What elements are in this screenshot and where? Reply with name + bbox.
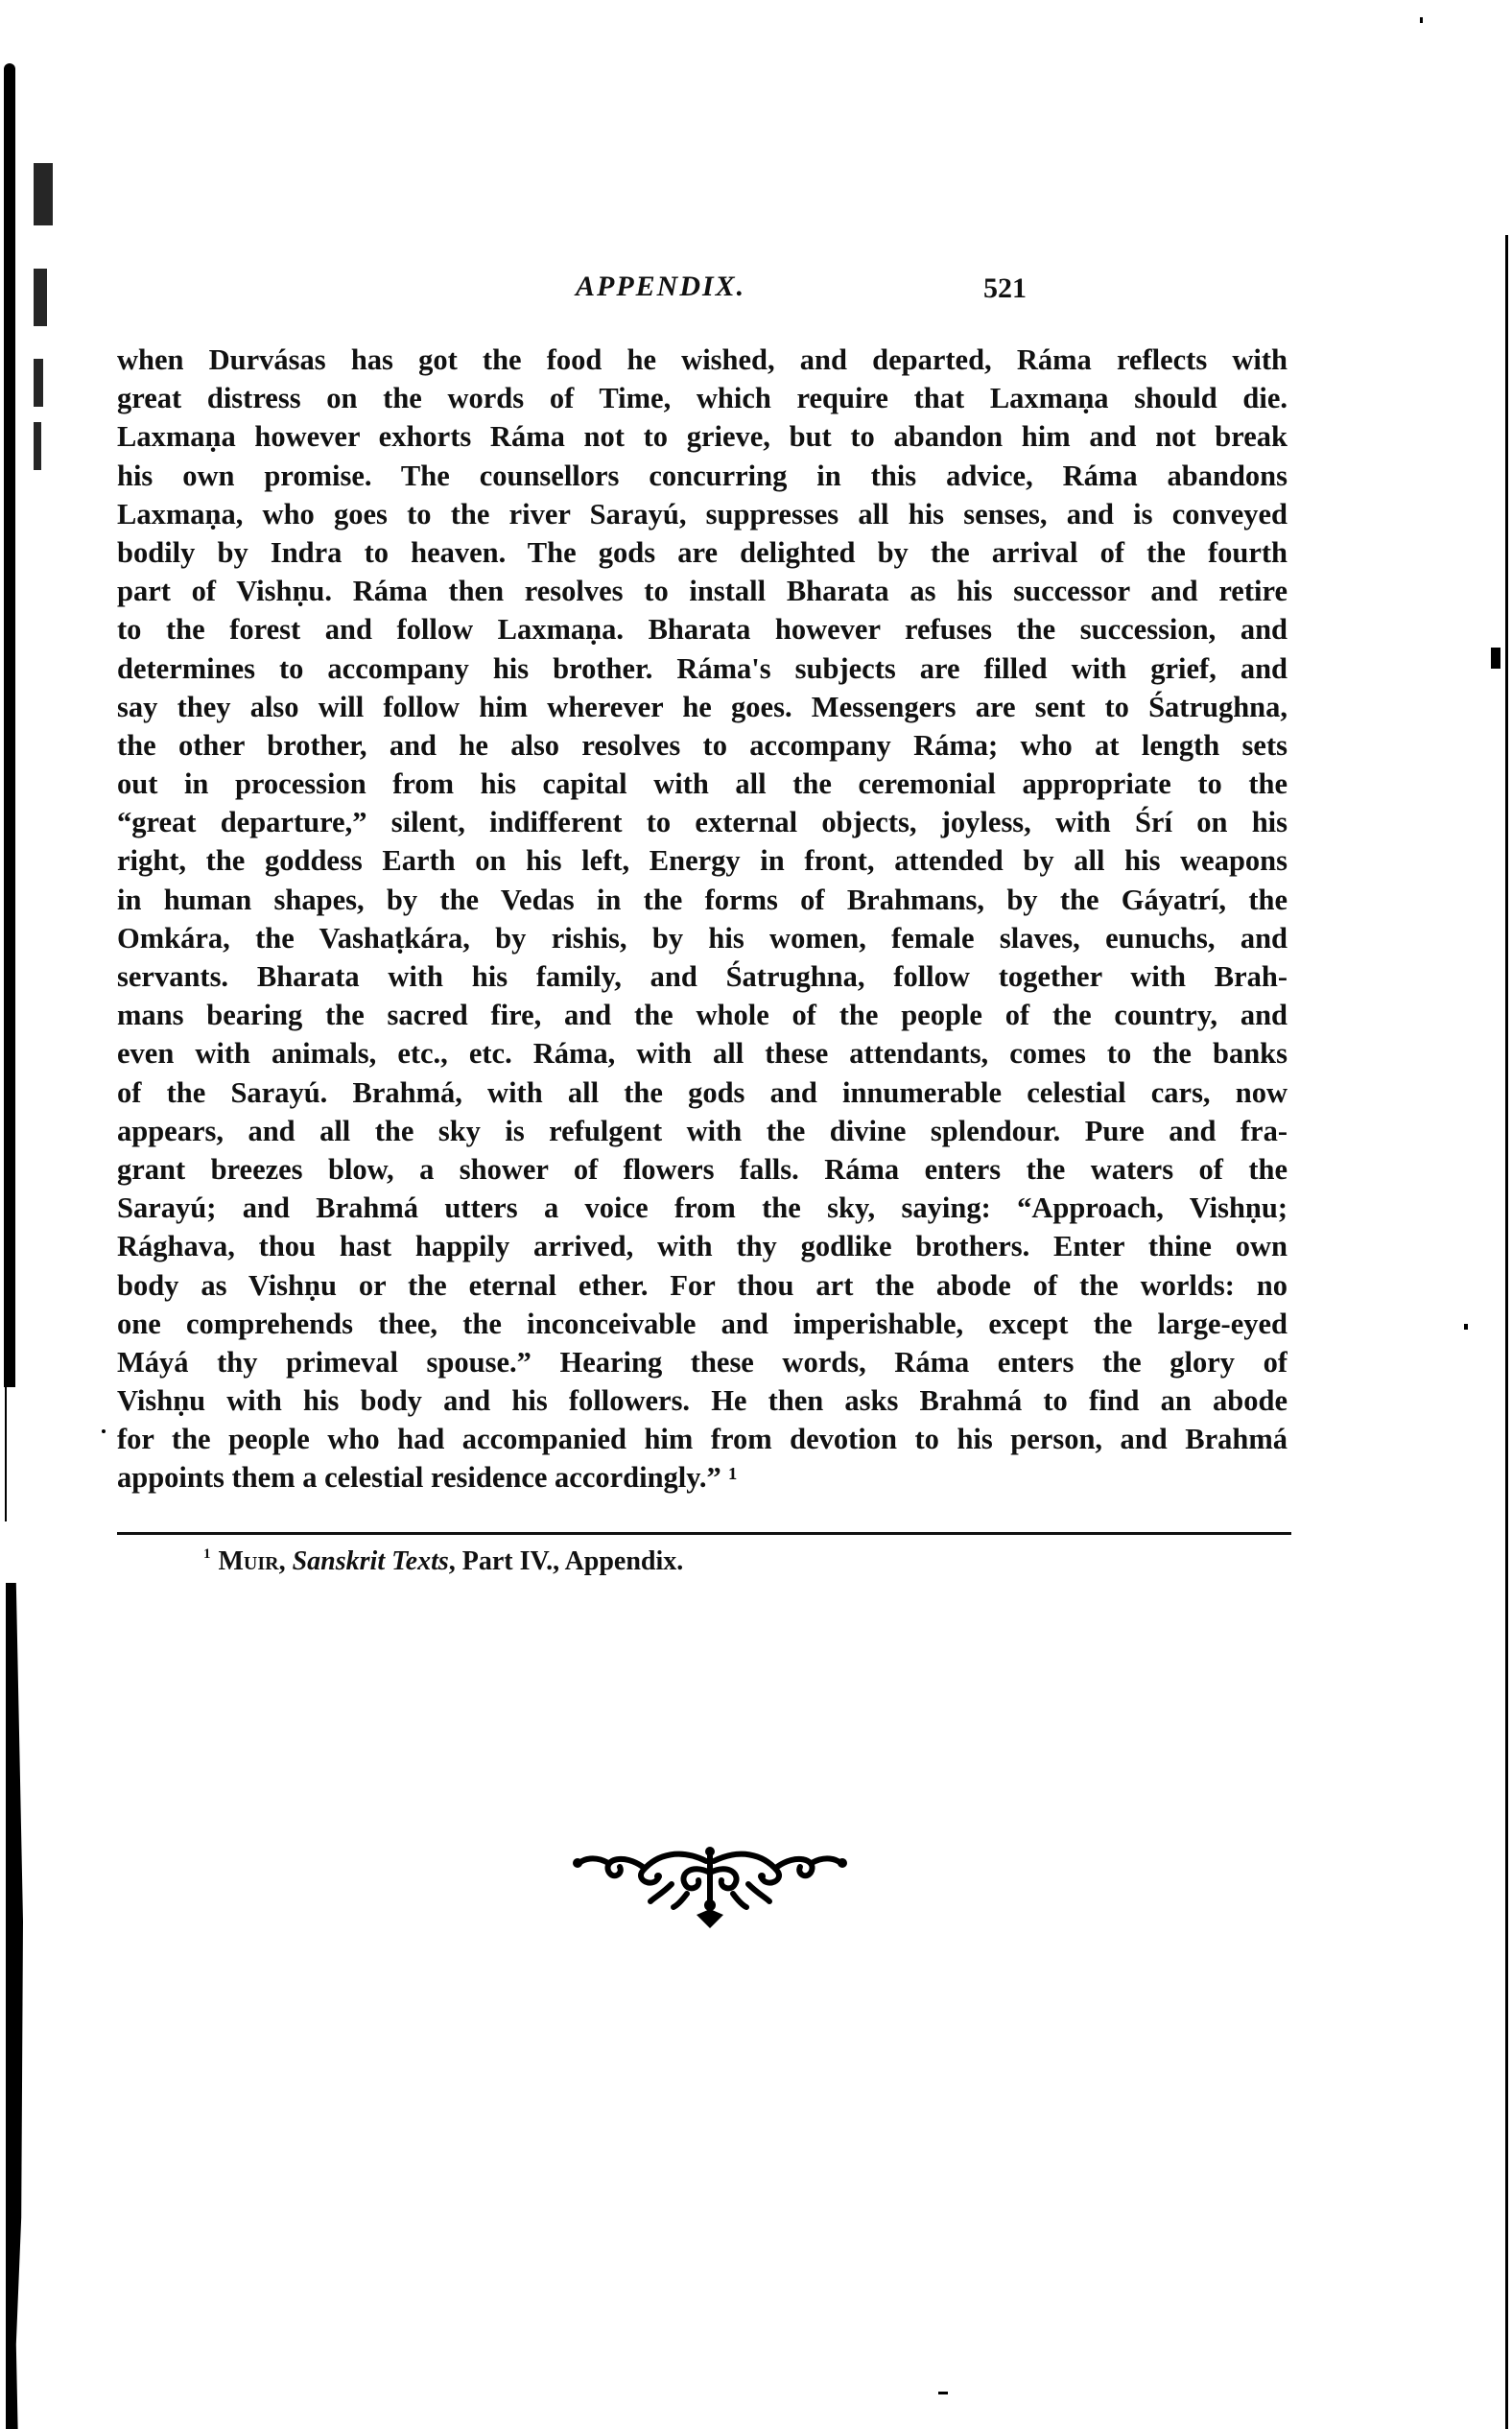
page-number: 521 — [983, 272, 1027, 305]
footnote-author: Muir — [219, 1546, 279, 1576]
text-line: to the forest and follow Laxmaṇa. Bharat… — [117, 610, 1288, 649]
text-line: bodily by Indra to heaven. The gods are … — [117, 533, 1288, 572]
body-text: when Durvásas has got the food he wished… — [117, 341, 1288, 1497]
text-line: of the Sarayú. Brahmá, with all the gods… — [117, 1073, 1288, 1112]
text-line: Omkára, the Vashaṭkára, by rishis, by hi… — [117, 919, 1288, 957]
text-line: great distress on the words of Time, whi… — [117, 379, 1288, 417]
margin-speckle — [34, 422, 41, 470]
text-line: when Durvásas has got the food he wished… — [117, 341, 1288, 379]
scan-dust-mark — [1420, 17, 1423, 23]
running-head: APPENDIX. 521 — [0, 271, 1512, 309]
floral-scroll-ornament-icon — [566, 1834, 854, 1930]
text-line: body as Vishṇu or the eternal ether. For… — [117, 1266, 1288, 1305]
scan-dust-mark — [1491, 648, 1500, 669]
scan-dust-mark — [1464, 1324, 1468, 1330]
text-line: Sarayú; and Brahmá utters a voice from t… — [117, 1189, 1288, 1227]
margin-speckle — [34, 359, 43, 407]
scan-edge-shadow-left — [4, 63, 15, 1387]
scan-edge-line-left — [5, 1387, 7, 1521]
text-line: Rághava, thou hast happily arrived, with… — [117, 1227, 1288, 1265]
text-line: part of Vishṇu. Ráma then resolves to in… — [117, 572, 1288, 610]
margin-speckle — [34, 163, 53, 225]
text-line: Laxmaṇa, who goes to the river Sarayú, s… — [117, 495, 1288, 533]
scan-edge-shadow-left-bottom — [6, 1583, 23, 2429]
running-title: APPENDIX. — [576, 271, 745, 303]
text-line: mans bearing the sacred fire, and the wh… — [117, 996, 1288, 1034]
footnote-rest: , Part IV., Appendix. — [449, 1546, 684, 1576]
footnote-separator: , — [279, 1546, 293, 1576]
text-line: out in procession from his capital with … — [117, 765, 1288, 803]
text-line: grant breezes blow, a shower of flowers … — [117, 1150, 1288, 1189]
text-line: Laxmaṇa however exhorts Ráma not to grie… — [117, 417, 1288, 456]
text-line: the other brother, and he also resolves … — [117, 726, 1288, 765]
text-line: even with animals, etc., etc. Ráma, with… — [117, 1034, 1288, 1073]
footnote-title: Sanskrit Texts — [293, 1546, 449, 1576]
footnote-marker: 1 — [203, 1546, 211, 1562]
text-line: determines to accompany his brother. Rám… — [117, 649, 1288, 688]
text-line-last: appoints them a celestial residence acco… — [117, 1458, 1288, 1497]
text-line: appears, and all the sky is refulgent wi… — [117, 1112, 1288, 1150]
text-line: for the people who had accompanied him f… — [117, 1420, 1288, 1458]
text-line: his own promise. The counsellors concurr… — [117, 457, 1288, 495]
text-line: right, the goddess Earth on his left, En… — [117, 841, 1288, 880]
text-line: one comprehends thee, the inconceivable … — [117, 1305, 1288, 1343]
text-line: servants. Bharata with his family, and Ś… — [117, 957, 1288, 996]
text-line: Máyá thy primeval spouse.” Hearing these… — [117, 1343, 1288, 1381]
text-line: “great departure,” silent, indifferent t… — [117, 803, 1288, 841]
scan-dust-mark — [938, 2392, 948, 2394]
text-line: Vishṇu with his body and his followers. … — [117, 1381, 1288, 1420]
scan-dust-mark — [102, 1429, 106, 1433]
scan-edge-line-right — [1505, 235, 1508, 2429]
footnote: 1Muir, Sanskrit Texts, Part IV., Appendi… — [203, 1546, 683, 1577]
text-line: say they also will follow him wherever h… — [117, 688, 1288, 726]
text-line: in human shapes, by the Vedas in the for… — [117, 881, 1288, 919]
footnote-rule — [117, 1532, 1291, 1535]
